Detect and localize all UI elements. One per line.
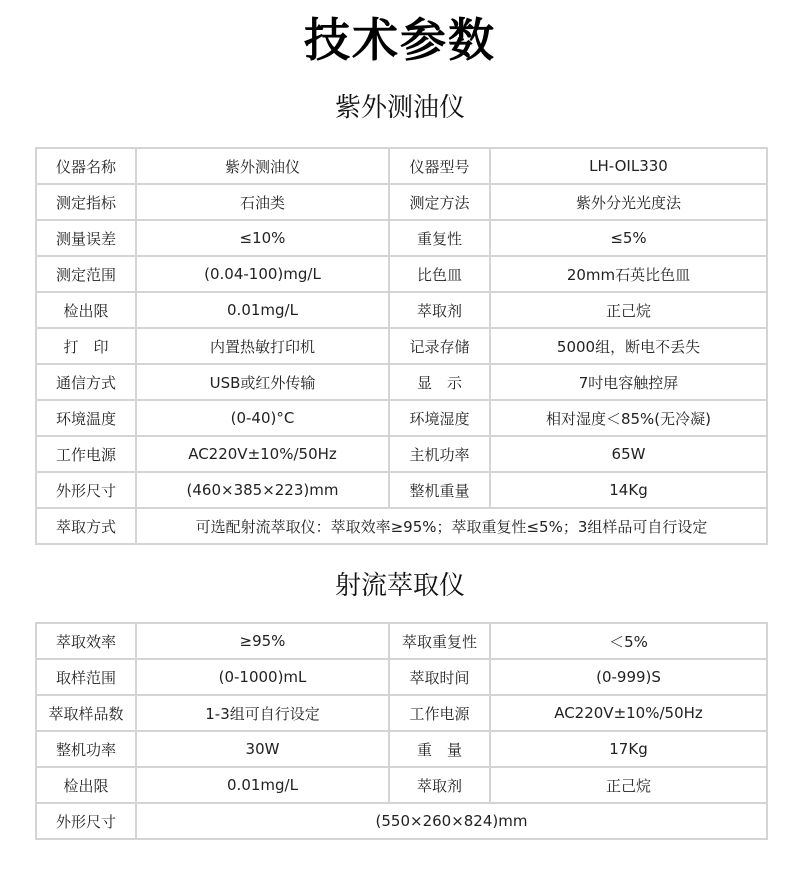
table-row: 测量误差 ≤10% 重复性 ≤5% xyxy=(36,220,767,256)
spec-value: (460×385×223)mm xyxy=(136,472,389,508)
spec-value: 1-3组可自行设定 xyxy=(136,695,389,731)
spec-value: 正己烷 xyxy=(490,767,767,803)
spec-value: 65W xyxy=(490,436,767,472)
table-row-extraction-method: 萃取方式 可选配射流萃取仪：萃取效率≥95%；萃取重复性≤5%；3组样品可自行设… xyxy=(36,508,767,544)
spec-value: ≤5% xyxy=(490,220,767,256)
spec-value: 正己烷 xyxy=(490,292,767,328)
spec-label: 检出限 xyxy=(36,767,136,803)
spec-value: (0-1000)mL xyxy=(136,659,389,695)
spec-value: 0.01mg/L xyxy=(136,767,389,803)
section-title-uv-oil-analyzer: 紫外测油仪 xyxy=(0,88,800,128)
spec-value: 紫外测油仪 xyxy=(136,148,389,184)
spec-label: 环境温度 xyxy=(36,400,136,436)
table-row: 外形尺寸 (460×385×223)mm 整机重量 14Kg xyxy=(36,472,767,508)
spec-label: 萃取效率 xyxy=(36,623,136,659)
spec-value: 内置热敏打印机 xyxy=(136,328,389,364)
spec-label: 比色皿 xyxy=(389,256,490,292)
table-row: 整机功率 30W 重 量 17Kg xyxy=(36,731,767,767)
spec-label: 外形尺寸 xyxy=(36,472,136,508)
section-title-jet-extractor: 射流萃取仪 xyxy=(0,566,800,606)
spec-value: AC220V±10%/50Hz xyxy=(136,436,389,472)
table-row: 取样范围 (0-1000)mL 萃取时间 (0-999)S xyxy=(36,659,767,695)
spec-value: AC220V±10%/50Hz xyxy=(490,695,767,731)
spec-label: 显 示 xyxy=(389,364,490,400)
spec-label: 萃取剂 xyxy=(389,767,490,803)
spec-value: 30W xyxy=(136,731,389,767)
spec-label: 仪器名称 xyxy=(36,148,136,184)
spec-table-jet-extractor: 萃取效率 ≥95% 萃取重复性 ＜5% 取样范围 (0-1000)mL 萃取时间… xyxy=(35,622,768,840)
spec-label: 环境湿度 xyxy=(389,400,490,436)
spec-label: 萃取样品数 xyxy=(36,695,136,731)
spec-label: 工作电源 xyxy=(389,695,490,731)
spec-value: 14Kg xyxy=(490,472,767,508)
spec-label: 整机功率 xyxy=(36,731,136,767)
spec-label: 重 量 xyxy=(389,731,490,767)
spec-label: 萃取剂 xyxy=(389,292,490,328)
table-row-dimensions: 外形尺寸 (550×260×824)mm xyxy=(36,803,767,839)
spec-value: (0.04-100)mg/L xyxy=(136,256,389,292)
spec-label: 萃取方式 xyxy=(36,508,136,544)
spec-label: 取样范围 xyxy=(36,659,136,695)
spec-label: 萃取时间 xyxy=(389,659,490,695)
page-title: 技术参数 xyxy=(0,8,800,72)
spec-value: (0-40)°C xyxy=(136,400,389,436)
spec-value: LH-OIL330 xyxy=(490,148,767,184)
table-row: 萃取样品数 1-3组可自行设定 工作电源 AC220V±10%/50Hz xyxy=(36,695,767,731)
spec-label: 测定方法 xyxy=(389,184,490,220)
spec-label: 测定指标 xyxy=(36,184,136,220)
spec-value: 紫外分光光度法 xyxy=(490,184,767,220)
spec-label: 外形尺寸 xyxy=(36,803,136,839)
table-row: 仪器名称 紫外测油仪 仪器型号 LH-OIL330 xyxy=(36,148,767,184)
spec-value: ≥95% xyxy=(136,623,389,659)
table-row: 检出限 0.01mg/L 萃取剂 正己烷 xyxy=(36,292,767,328)
spec-value: ＜5% xyxy=(490,623,767,659)
table-row: 萃取效率 ≥95% 萃取重复性 ＜5% xyxy=(36,623,767,659)
spec-value: 0.01mg/L xyxy=(136,292,389,328)
spec-label: 打 印 xyxy=(36,328,136,364)
table-row: 环境温度 (0-40)°C 环境湿度 相对湿度＜85%(无冷凝) xyxy=(36,400,767,436)
spec-label: 整机重量 xyxy=(389,472,490,508)
spec-label: 萃取重复性 xyxy=(389,623,490,659)
spec-value: 7吋电容触控屏 xyxy=(490,364,767,400)
table-row: 工作电源 AC220V±10%/50Hz 主机功率 65W xyxy=(36,436,767,472)
spec-value: 17Kg xyxy=(490,731,767,767)
spec-label: 主机功率 xyxy=(389,436,490,472)
table-row: 测定指标 石油类 测定方法 紫外分光光度法 xyxy=(36,184,767,220)
spec-label: 测定范围 xyxy=(36,256,136,292)
spec-value: USB或红外传输 xyxy=(136,364,389,400)
table-row: 测定范围 (0.04-100)mg/L 比色皿 20mm石英比色皿 xyxy=(36,256,767,292)
spec-value: 20mm石英比色皿 xyxy=(490,256,767,292)
spec-value: 5000组，断电不丢失 xyxy=(490,328,767,364)
spec-value: ≤10% xyxy=(136,220,389,256)
spec-value: 相对湿度＜85%(无冷凝) xyxy=(490,400,767,436)
table-row: 检出限 0.01mg/L 萃取剂 正己烷 xyxy=(36,767,767,803)
spec-table-uv-oil-analyzer: 仪器名称 紫外测油仪 仪器型号 LH-OIL330 测定指标 石油类 测定方法 … xyxy=(35,147,768,545)
table-row: 通信方式 USB或红外传输 显 示 7吋电容触控屏 xyxy=(36,364,767,400)
spec-value: (550×260×824)mm xyxy=(136,803,767,839)
spec-value: 可选配射流萃取仪：萃取效率≥95%；萃取重复性≤5%；3组样品可自行设定 xyxy=(136,508,767,544)
spec-value: (0-999)S xyxy=(490,659,767,695)
spec-label: 通信方式 xyxy=(36,364,136,400)
spec-label: 测量误差 xyxy=(36,220,136,256)
spec-label: 工作电源 xyxy=(36,436,136,472)
spec-value: 石油类 xyxy=(136,184,389,220)
spec-label: 检出限 xyxy=(36,292,136,328)
table-row: 打 印 内置热敏打印机 记录存储 5000组，断电不丢失 xyxy=(36,328,767,364)
spec-label: 重复性 xyxy=(389,220,490,256)
spec-label: 仪器型号 xyxy=(389,148,490,184)
spec-label: 记录存储 xyxy=(389,328,490,364)
